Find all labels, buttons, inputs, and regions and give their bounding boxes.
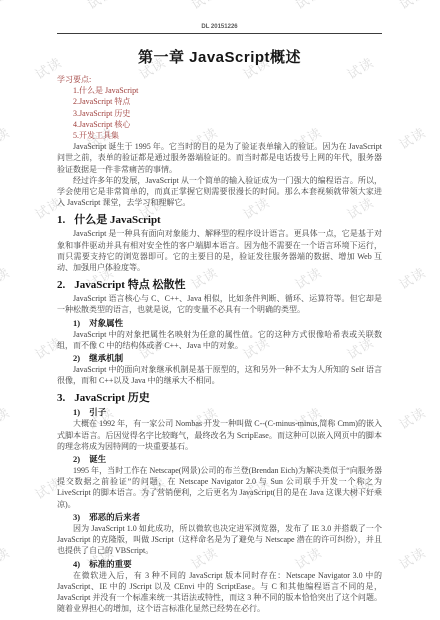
section-heading-text: 什么是 JavaScript — [74, 214, 160, 226]
section-number: 1. — [57, 214, 65, 226]
section-number: 2. — [57, 279, 65, 291]
subsection-heading-text: 继承机制 — [89, 353, 123, 363]
page-header: DL 20151226 — [57, 24, 382, 34]
subsection-number: 2) — [73, 454, 80, 464]
subsection-number: 2) — [73, 353, 80, 363]
subsection-paragraph: 1995 年，当时工作在 Netscape(网景)公司的布兰登(Brendan … — [57, 465, 382, 510]
section-paragraph: JavaScript 是一种具有面向对象能力、解释型的程序设计语言。更具体一点，… — [57, 228, 382, 273]
subsection-number: 3) — [73, 512, 80, 522]
subsection-paragraph: JavaScript 中的面向对象继承机制是基于原型的，这和另外一种不太为人所知… — [57, 364, 382, 386]
keypoint-item: 4.JavaScript 核心 — [57, 119, 382, 130]
intro-paragraph: 经过许多年的发展，JavaScript 从一个简单的输入验证成为一门强大的编程语… — [57, 175, 382, 209]
subsection-number: 1) — [73, 318, 80, 328]
keypoint-item: 3.JavaScript 历史 — [57, 108, 382, 119]
subsection-heading: 2)继承机制 — [57, 352, 382, 364]
subsection-number: 1) — [73, 407, 80, 417]
subsection-paragraph: 大概在 1992 年，有一家公司 Nombas 开发一种叫做 C--(C-min… — [57, 418, 382, 452]
section-number: 3. — [57, 392, 65, 404]
keypoints-label: 学习要点: — [57, 74, 382, 85]
subsection-heading-text: 引子 — [89, 407, 106, 417]
subsection-heading: 1)对象属性 — [57, 317, 382, 329]
section-heading-2: 2.JavaScript 特点 松散性 — [57, 276, 382, 292]
subsection-heading: 3)邪恶的后来者 — [57, 511, 382, 523]
doc-id-text: DL 20151226 — [201, 24, 237, 30]
subsection-paragraph: JavaScript 中的对象把属性名映射为任意的属性值。它的这种方式很像哈希表… — [57, 329, 382, 351]
keypoints-block: 学习要点: 1.什么是 JavaScript 2.JavaScript 特点 3… — [57, 74, 382, 141]
subsection-number: 4) — [73, 559, 80, 569]
subsection-heading-text: 对象属性 — [89, 318, 123, 328]
intro-paragraph: JavaScript 诞生于 1995 年。它当时的目的是为了验证表单输入的验证… — [57, 141, 382, 175]
keypoint-item: 2.JavaScript 特点 — [57, 96, 382, 107]
subsection-heading-text: 邪恶的后来者 — [89, 512, 140, 522]
document-page: 试读试读试读试读试读试读试读试读试读试读试读试读试读试读试读试读试读试读试读试读… — [0, 0, 440, 620]
page-content: DL 20151226 第一章 JavaScript概述 学习要点: 1.什么是… — [0, 0, 440, 614]
section-heading-1: 1.什么是 JavaScript — [57, 211, 382, 227]
section-heading-text: JavaScript 特点 松散性 — [74, 279, 185, 291]
section-paragraph: JavaScript 语言核心与 C、C++、Java 相似，比如条件判断、循环… — [57, 293, 382, 315]
subsection-heading: 4)标准的重要 — [57, 558, 382, 570]
section-heading-3: 3.JavaScript 历史 — [57, 389, 382, 405]
section-heading-text: JavaScript 历史 — [74, 392, 149, 404]
subsection-paragraph: 在微软进入后，有 3 种不同的 JavaScript 版本同时存在：Netsca… — [57, 570, 382, 615]
keypoint-item: 1.什么是 JavaScript — [57, 85, 382, 96]
keypoint-item: 5.开发工具集 — [57, 130, 382, 141]
subsection-paragraph: 因为 JavaScript 1.0 如此成功，所以微软也决定进军浏览器，发布了 … — [57, 523, 382, 557]
subsection-heading: 2)诞生 — [57, 453, 382, 465]
subsection-heading-text: 标准的重要 — [89, 559, 132, 569]
subsection-heading-text: 诞生 — [89, 454, 106, 464]
page-title: 第一章 JavaScript概述 — [57, 46, 382, 67]
subsection-heading: 1)引子 — [57, 406, 382, 418]
